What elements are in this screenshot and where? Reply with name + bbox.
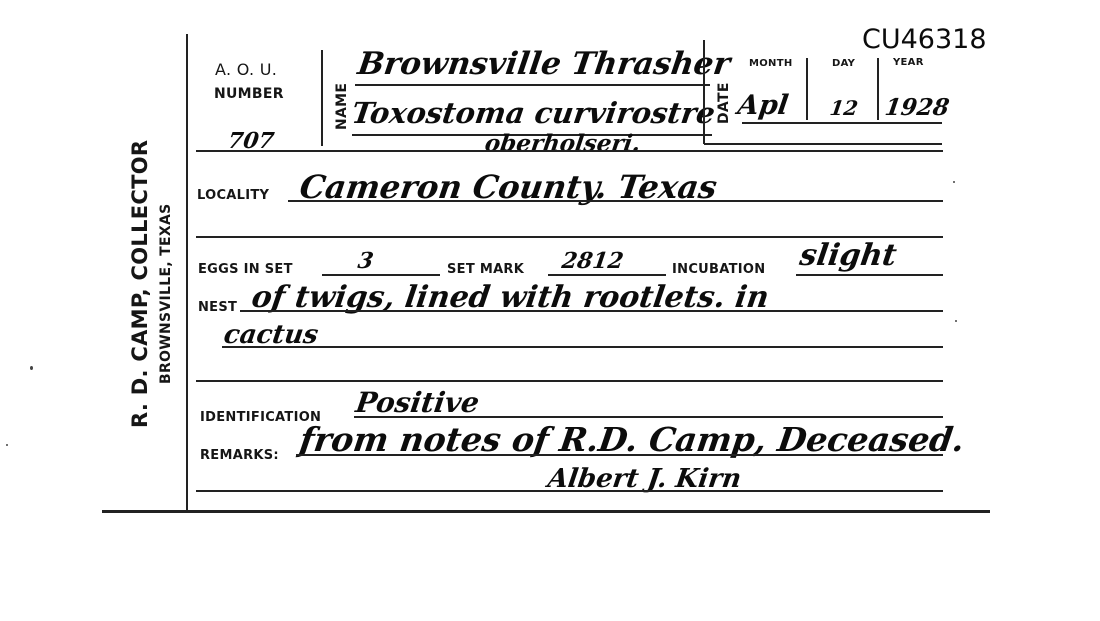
header-rule-2 [704, 143, 942, 145]
common-name-rule [355, 84, 710, 86]
year-value: 1928 [883, 94, 951, 121]
scientific-name-value: Toxostoma curvirostre [350, 96, 718, 130]
remarks-label: REMARKS: [200, 448, 279, 463]
identification-value: Positive [354, 386, 482, 419]
aou-label-line1: A. O. U. [215, 60, 277, 79]
incubation-value: slight [798, 238, 899, 273]
nest-rule [240, 310, 943, 312]
date-rule [742, 122, 942, 124]
month-value: Apl [736, 90, 790, 121]
scan-speck [953, 181, 955, 183]
incubation-label: INCUBATION [672, 262, 765, 277]
bottom-border-rule [102, 510, 990, 513]
header-rule [196, 150, 943, 152]
blank-rule [196, 380, 943, 382]
scan-speck [955, 320, 957, 322]
day-value: 12 [828, 96, 859, 120]
locality-rule [288, 200, 943, 202]
egg-specimen-card: CU46318 R. D. CAMP, COLLECTOR BROWNSVILL… [0, 0, 1100, 621]
aou-label-line2: NUMBER [214, 86, 284, 102]
day-label: DAY [832, 58, 855, 69]
catalog-number: CU46318 [862, 24, 987, 55]
aou-name-divider [321, 50, 323, 146]
collector-location: BROWNSVILLE, TEXAS [158, 204, 174, 384]
subspecies-value: oberholseri. [483, 130, 642, 157]
collector-name: R. D. CAMP, COLLECTOR [128, 140, 152, 428]
set-mark-value: 2812 [560, 248, 625, 274]
scan-speck [6, 444, 8, 446]
nest-label: NEST [198, 300, 237, 315]
nest-rule-2 [222, 346, 943, 348]
remarks-rule [296, 454, 943, 456]
set-mark-label: SET MARK [447, 262, 524, 277]
left-border-rule [186, 34, 188, 510]
locality-label: LOCALITY [197, 188, 269, 203]
eggs-in-set-label: EGGS IN SET [198, 262, 293, 277]
common-name-value: Brownsville Thrasher [355, 46, 732, 82]
day-year-divider [877, 58, 879, 120]
identification-rule [354, 416, 943, 418]
month-day-divider [806, 58, 808, 120]
scan-speck [30, 366, 33, 370]
set-mark-rule [548, 274, 666, 276]
month-label: MONTH [749, 58, 793, 69]
name-label: NAME [334, 83, 350, 130]
eggs-in-set-value: 3 [356, 248, 375, 274]
incubation-rule [796, 274, 943, 276]
date-label: DATE [716, 82, 732, 124]
signature-rule [196, 490, 943, 492]
year-label: YEAR [893, 57, 924, 68]
name-date-divider [703, 40, 705, 144]
eggs-in-set-rule [322, 274, 440, 276]
